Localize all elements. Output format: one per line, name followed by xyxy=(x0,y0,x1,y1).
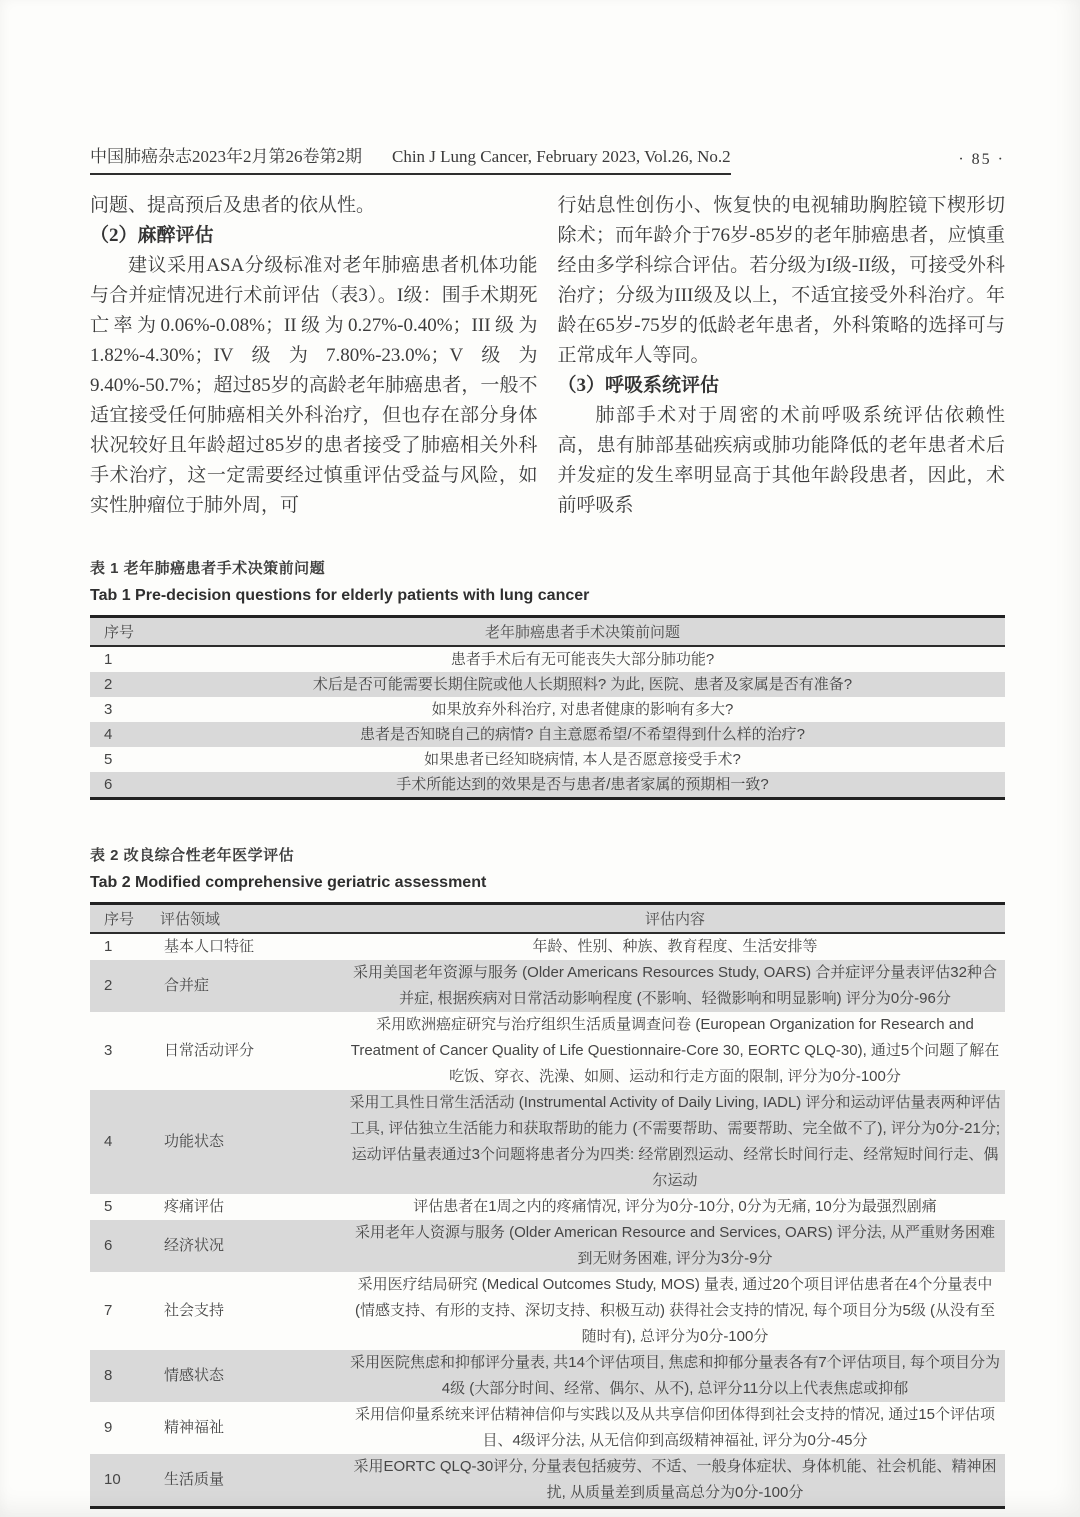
table1-row: 2术后是否可能需要长期住院或他人长期照料? 为此, 医院、患者及家属是否有准备? xyxy=(90,672,1005,697)
paragraph: 建议采用ASA分级标准对老年肺癌患者机体功能与合并症情况进行术前评估（表3）。I… xyxy=(90,251,538,521)
cell-domain: 基本人口特征 xyxy=(160,933,345,960)
paragraph: 行姑息性创伤小、恢复快的电视辅助胸腔镜下楔形切除术；而年龄介于76岁-85岁的老… xyxy=(558,191,1006,371)
cell-domain: 社会支持 xyxy=(160,1272,345,1350)
cell-index: 5 xyxy=(90,747,160,772)
cell-index: 4 xyxy=(90,722,160,747)
cell-content: 采用医疗结局研究 (Medical Outcomes Study, MOS) 量… xyxy=(345,1272,1005,1350)
page-number: · 85 · xyxy=(958,151,1005,175)
journal-title-cn: 中国肺癌杂志2023年2月第26卷第2期 xyxy=(90,142,362,167)
cell-domain: 生活质量 xyxy=(160,1454,345,1508)
journal-title-en: Chin J Lung Cancer, February 2023, Vol.2… xyxy=(392,147,731,167)
section-heading: （3）呼吸系统评估 xyxy=(558,371,1006,401)
table1-row: 6手术所能达到的效果是否与患者/患者家属的预期相一致? xyxy=(90,772,1005,799)
table2-col-content: 评估内容 xyxy=(345,904,1005,934)
table2-row: 6经济状况采用老年人资源与服务 (Older American Resource… xyxy=(90,1220,1005,1272)
page-header: 中国肺癌杂志2023年2月第26卷第2期 Chin J Lung Cancer,… xyxy=(90,142,1005,175)
table2-row: 2合并症采用美国老年资源与服务 (Older Americans Resourc… xyxy=(90,960,1005,1012)
table2-row: 1基本人口特征年龄、性别、种族、教育程度、生活安排等 xyxy=(90,933,1005,960)
page-content: 中国肺癌杂志2023年2月第26卷第2期 Chin J Lung Cancer,… xyxy=(0,0,1080,1509)
table2-col-domain: 评估领域 xyxy=(160,904,345,934)
cell-question: 如果放弃外科治疗, 对患者健康的影响有多大? xyxy=(160,697,1005,722)
table2-title-en: Tab 2 Modified comprehensive geriatric a… xyxy=(90,874,1005,892)
cell-domain: 经济状况 xyxy=(160,1220,345,1272)
table1-header-row: 序号 老年肺癌患者手术决策前问题 xyxy=(90,617,1005,647)
cell-question: 手术所能达到的效果是否与患者/患者家属的预期相一致? xyxy=(160,772,1005,799)
table1-row: 5如果患者已经知晓病情, 本人是否愿意接受手术? xyxy=(90,747,1005,772)
left-column: 问题、提高预后及患者的依从性。（2）麻醉评估建议采用ASA分级标准对老年肺癌患者… xyxy=(90,191,538,521)
cell-index: 10 xyxy=(90,1454,160,1508)
cell-index: 6 xyxy=(90,772,160,799)
table1-col-question: 老年肺癌患者手术决策前问题 xyxy=(160,617,1005,647)
article-columns: 问题、提高预后及患者的依从性。（2）麻醉评估建议采用ASA分级标准对老年肺癌患者… xyxy=(90,191,1005,521)
table2-title-cn: 表 2 改良综合性老年医学评估 xyxy=(90,844,1005,865)
cell-content: 采用老年人资源与服务 (Older American Resource and … xyxy=(345,1220,1005,1272)
cell-index: 2 xyxy=(90,672,160,697)
cell-domain: 合并症 xyxy=(160,960,345,1012)
table1-row: 1患者手术后有无可能丧失大部分肺功能? xyxy=(90,646,1005,672)
table2-row: 9精神福祉采用信仰量系统来评估精神信仰与实践以及从共享信仰团体得到社会支持的情况… xyxy=(90,1402,1005,1454)
cell-content: 采用EORTC QLQ-30评分, 分量表包括疲劳、不适、一般身体症状、身体机能… xyxy=(345,1454,1005,1508)
cell-index: 6 xyxy=(90,1220,160,1272)
cell-index: 3 xyxy=(90,697,160,722)
cell-index: 8 xyxy=(90,1350,160,1402)
table2-section: 表 2 改良综合性老年医学评估 Tab 2 Modified comprehen… xyxy=(90,844,1005,1509)
cell-domain: 情感状态 xyxy=(160,1350,345,1402)
table1-body: 1患者手术后有无可能丧失大部分肺功能?2术后是否可能需要长期住院或他人长期照料?… xyxy=(90,646,1005,799)
cell-domain: 精神福祉 xyxy=(160,1402,345,1454)
cell-index: 9 xyxy=(90,1402,160,1454)
cell-question: 术后是否可能需要长期住院或他人长期照料? 为此, 医院、患者及家属是否有准备? xyxy=(160,672,1005,697)
table2-header-row: 序号 评估领域 评估内容 xyxy=(90,904,1005,934)
cell-domain: 功能状态 xyxy=(160,1090,345,1194)
table2: 序号 评估领域 评估内容 1基本人口特征年龄、性别、种族、教育程度、生活安排等2… xyxy=(90,902,1005,1509)
paragraph: 肺部手术对于周密的术前呼吸系统评估依赖性高，患有肺部基础疾病或肺功能降低的老年患… xyxy=(558,401,1006,521)
table1-title-cn: 表 1 老年肺癌患者手术决策前问题 xyxy=(90,557,1005,578)
table1-title-en: Tab 1 Pre-decision questions for elderly… xyxy=(90,587,1005,605)
cell-content: 采用美国老年资源与服务 (Older Americans Resources S… xyxy=(345,960,1005,1012)
cell-index: 4 xyxy=(90,1090,160,1194)
table2-row: 10生活质量采用EORTC QLQ-30评分, 分量表包括疲劳、不适、一般身体症… xyxy=(90,1454,1005,1508)
table1-row: 3如果放弃外科治疗, 对患者健康的影响有多大? xyxy=(90,697,1005,722)
cell-index: 1 xyxy=(90,933,160,960)
cell-index: 2 xyxy=(90,960,160,1012)
table1-section: 表 1 老年肺癌患者手术决策前问题 Tab 1 Pre-decision que… xyxy=(90,557,1005,800)
cell-index: 1 xyxy=(90,646,160,672)
cell-index: 7 xyxy=(90,1272,160,1350)
cell-question: 患者是否知晓自己的病情? 自主意愿希望/不希望得到什么样的治疗? xyxy=(160,722,1005,747)
paragraph: 问题、提高预后及患者的依从性。 xyxy=(90,191,538,221)
table2-col-index: 序号 xyxy=(90,904,160,934)
right-column: 行姑息性创伤小、恢复快的电视辅助胸腔镜下楔形切除术；而年龄介于76岁-85岁的老… xyxy=(558,191,1006,521)
cell-content: 年龄、性别、种族、教育程度、生活安排等 xyxy=(345,933,1005,960)
section-heading: （2）麻醉评估 xyxy=(90,221,538,251)
table2-row: 5疼痛评估评估患者在1周之内的疼痛情况, 评分为0分-10分, 0分为无痛, 1… xyxy=(90,1194,1005,1220)
cell-domain: 疼痛评估 xyxy=(160,1194,345,1220)
cell-index: 5 xyxy=(90,1194,160,1220)
cell-content: 采用欧洲癌症研究与治疗组织生活质量调查问卷 (European Organiza… xyxy=(345,1012,1005,1090)
running-head: 中国肺癌杂志2023年2月第26卷第2期 Chin J Lung Cancer,… xyxy=(90,142,731,175)
table2-body: 1基本人口特征年龄、性别、种族、教育程度、生活安排等2合并症采用美国老年资源与服… xyxy=(90,933,1005,1508)
table1-row: 4患者是否知晓自己的病情? 自主意愿希望/不希望得到什么样的治疗? xyxy=(90,722,1005,747)
cell-content: 采用医院焦虑和抑郁评分量表, 共14个评估项目, 焦虑和抑郁分量表各有7个评估项… xyxy=(345,1350,1005,1402)
cell-content: 评估患者在1周之内的疼痛情况, 评分为0分-10分, 0分为无痛, 10分为最强… xyxy=(345,1194,1005,1220)
cell-index: 3 xyxy=(90,1012,160,1090)
table2-row: 4功能状态采用工具性日常生活活动 (Instrumental Activity … xyxy=(90,1090,1005,1194)
table1: 序号 老年肺癌患者手术决策前问题 1患者手术后有无可能丧失大部分肺功能?2术后是… xyxy=(90,615,1005,800)
table2-row: 7社会支持采用医疗结局研究 (Medical Outcomes Study, M… xyxy=(90,1272,1005,1350)
cell-content: 采用信仰量系统来评估精神信仰与实践以及从共享信仰团体得到社会支持的情况, 通过1… xyxy=(345,1402,1005,1454)
cell-question: 患者手术后有无可能丧失大部分肺功能? xyxy=(160,646,1005,672)
cell-question: 如果患者已经知晓病情, 本人是否愿意接受手术? xyxy=(160,747,1005,772)
cell-domain: 日常活动评分 xyxy=(160,1012,345,1090)
table2-row: 8情感状态采用医院焦虑和抑郁评分量表, 共14个评估项目, 焦虑和抑郁分量表各有… xyxy=(90,1350,1005,1402)
table1-col-index: 序号 xyxy=(90,617,160,647)
table2-row: 3日常活动评分采用欧洲癌症研究与治疗组织生活质量调查问卷 (European O… xyxy=(90,1012,1005,1090)
journal-page: 中国肺癌杂志2023年2月第26卷第2期 Chin J Lung Cancer,… xyxy=(0,0,1080,1517)
cell-content: 采用工具性日常生活活动 (Instrumental Activity of Da… xyxy=(345,1090,1005,1194)
